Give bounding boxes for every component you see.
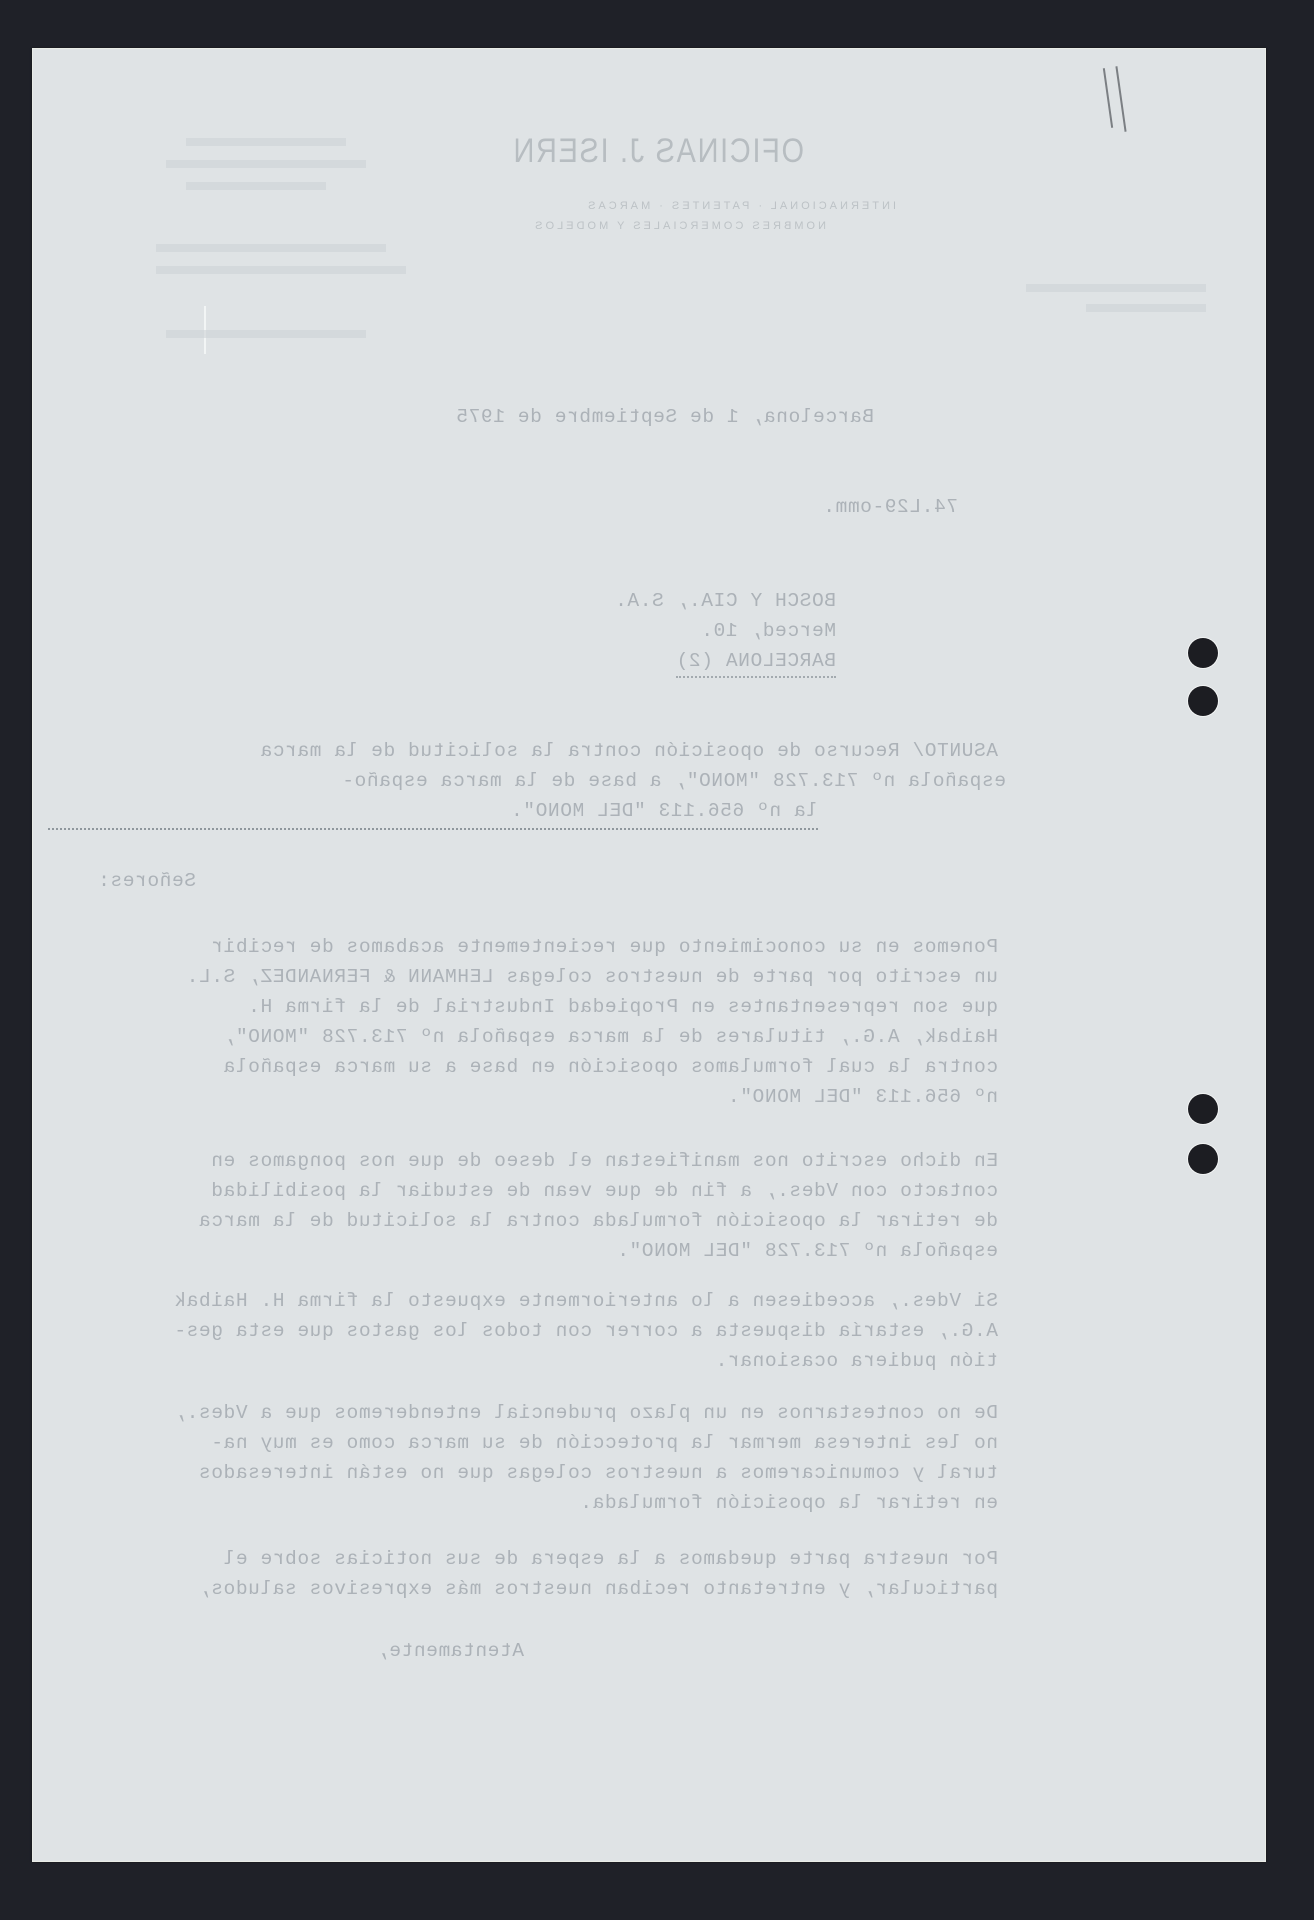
letterhead-detail: [156, 244, 386, 252]
body-line: tural y comunicaremos a nuestros colegas…: [198, 1458, 998, 1488]
subject-underline: [48, 828, 818, 830]
body-line: en retirar la oposición formulada.: [580, 1488, 998, 1518]
closing: Atentamente,: [376, 1636, 524, 1666]
letterhead-detail: [1086, 304, 1206, 312]
recipient-street: Merced, 10.: [701, 616, 836, 646]
letterhead-detail: [186, 182, 326, 190]
letterhead-detail: [166, 160, 366, 168]
salutation: Señores:: [98, 866, 196, 896]
letter-sheet: OFICINAS J. ISERN INTERNACIONAL · PATENT…: [32, 48, 1266, 1862]
body-line: española nº 713.728 "DEL MONO".: [617, 1236, 998, 1266]
reference-number: 74.L29-omm.: [823, 492, 958, 522]
body-line: particular, y entretanto reciban nuestro…: [198, 1574, 998, 1604]
body-line: de retirar la oposición formulada contra…: [198, 1206, 998, 1236]
body-line: no les interesa mermar la protección de …: [211, 1428, 998, 1458]
subject-line: ASUNTO/ Recurso de oposición contra la s…: [260, 736, 998, 766]
body-line: contacto con Vdes., a fin de que vean de…: [211, 1176, 998, 1206]
letterhead-subtitle: INTERNACIONAL · PATENTES · MARCAS: [585, 200, 896, 212]
body-line: Si Vdes., accediesen a lo anteriormente …: [174, 1286, 998, 1316]
letterhead-subtitle: NOMBRES COMERCIALES Y MODELOS: [532, 220, 826, 232]
recipient-name: BOSCH Y CIA., S.A.: [615, 586, 836, 616]
body-line: Por nuestra parte quedamos a la espera d…: [223, 1544, 998, 1574]
body-line: De no contestarnos en un plazo prudencia…: [174, 1398, 998, 1428]
subject-line: española nº 713.728 "MONO", a base de la…: [342, 766, 1006, 796]
letterhead-detail: [156, 266, 406, 274]
recipient-city: BARCELONA (2): [676, 646, 836, 678]
body-line: Ponemos en su conocimiento que recientem…: [211, 932, 998, 962]
body-line: que son representantes en Propiedad Indu…: [248, 992, 998, 1022]
body-line: contra la cual formulamos oposición en b…: [223, 1052, 998, 1082]
letterhead-detail: [186, 138, 346, 146]
body-line: tión pudiera ocasionar.: [715, 1346, 998, 1376]
letterhead-detail: [166, 330, 366, 338]
mirrored-content: OFICINAS J. ISERN INTERNACIONAL · PATENT…: [32, 48, 1266, 1862]
body-line: En dicho escrito nos manifiestan el dese…: [211, 1146, 998, 1176]
date-line: Barcelona, 1 de Septiembre de 1975: [456, 402, 874, 432]
letterhead-detail: [1026, 284, 1206, 292]
letterhead-title: OFICINAS J. ISERN: [512, 132, 804, 171]
body-line: un escrito por parte de nuestros colegas…: [186, 962, 998, 992]
body-line: nº 656.113 "DEL MONO".: [727, 1082, 998, 1112]
body-line: A.G., estaría dispuesta a correr con tod…: [174, 1316, 998, 1346]
subject-line: la nº 656.113 "DEL MONO".: [510, 796, 818, 826]
body-line: Haibak, A.G., titulares de la marca espa…: [223, 1022, 998, 1052]
